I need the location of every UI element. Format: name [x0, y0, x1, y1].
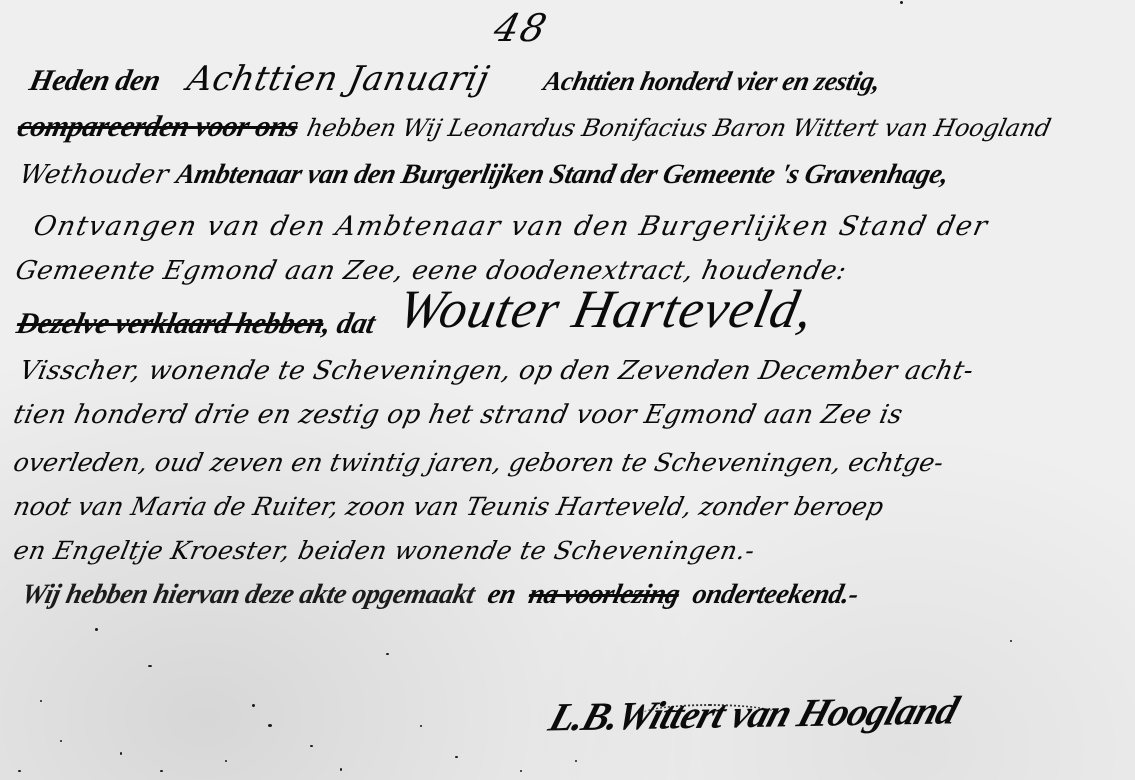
record-line-2: compareerden voor onshebben Wij Leonardu…: [14, 110, 1054, 145]
official-title: Wethouder: [17, 160, 172, 190]
record-line-8: tien honderd drie en zestig op het stran…: [10, 398, 905, 432]
record-line-7: Visscher, wonende te Scheveningen, op de…: [16, 354, 976, 388]
record-line-10: noot van Maria de Ruiter, zoon van Teuni…: [10, 490, 886, 524]
handwritten-text: Visscher, wonende te Scheveningen, op de…: [17, 356, 976, 386]
signature-text: L.B.Wittert van Hoogland: [544, 687, 964, 739]
official-name: hebben Wij Leonardus Bonifacius Baron Wi…: [304, 114, 1053, 142]
printed-text: onderteekend.-: [690, 579, 861, 610]
handwritten-text: tien honderd drie en zestig op het stran…: [11, 400, 906, 430]
printed-text: Ambtenaar van den Burgerlijken Stand der…: [173, 159, 951, 190]
document-scan: 48 Heden denAchttien JanuarijAchttien ho…: [0, 0, 1135, 780]
folio-number-text: 48: [490, 6, 553, 50]
folio-number: 48: [490, 6, 553, 50]
struck-text: Dezelve verklaard hebben: [14, 307, 327, 340]
printed-text: en: [485, 579, 519, 610]
deceased-name: Wouter Harteveld,: [393, 279, 820, 339]
record-line-9: overleden, oud zeven en twintig jaren, g…: [10, 446, 946, 480]
signature: L.B.Wittert van Hoogland: [544, 686, 964, 740]
record-line-12: Wij hebben hiervan deze akte opgemaakten…: [18, 578, 861, 612]
struck-text: compareerden voor ons: [15, 110, 301, 143]
handwritten-text: en Engeltje Kroester, beiden wonende te …: [11, 536, 758, 565]
record-line-4: Ontvangen van den Ambtenaar van den Burg…: [30, 210, 991, 244]
handwritten-date: Achttien Januarij: [184, 59, 493, 99]
record-line-11: en Engeltje Kroester, beiden wonende te …: [10, 534, 758, 568]
record-line-3: WethouderAmbtenaar van den Burgerlijken …: [16, 158, 951, 192]
printed-year: Achttien honderd vier en zestig,: [541, 66, 883, 96]
handwritten-text: overleden, oud zeven en twintig jaren, g…: [11, 448, 946, 477]
printed-text: Heden den: [26, 64, 163, 97]
printed-text: Wij hebben hiervan deze akte opgemaakt: [19, 579, 478, 610]
record-line-6: Dezelve verklaard hebben, datWouter Hart…: [13, 298, 815, 342]
record-line-1: Heden denAchttien JanuarijAchttien honde…: [26, 62, 884, 99]
printed-text: , dat: [320, 307, 378, 340]
struck-text: na voorlezing: [526, 579, 682, 610]
handwritten-text: Ontvangen van den Ambtenaar van den Burg…: [31, 211, 991, 242]
handwritten-text: noot van Maria de Ruiter, zoon van Teuni…: [11, 492, 886, 521]
